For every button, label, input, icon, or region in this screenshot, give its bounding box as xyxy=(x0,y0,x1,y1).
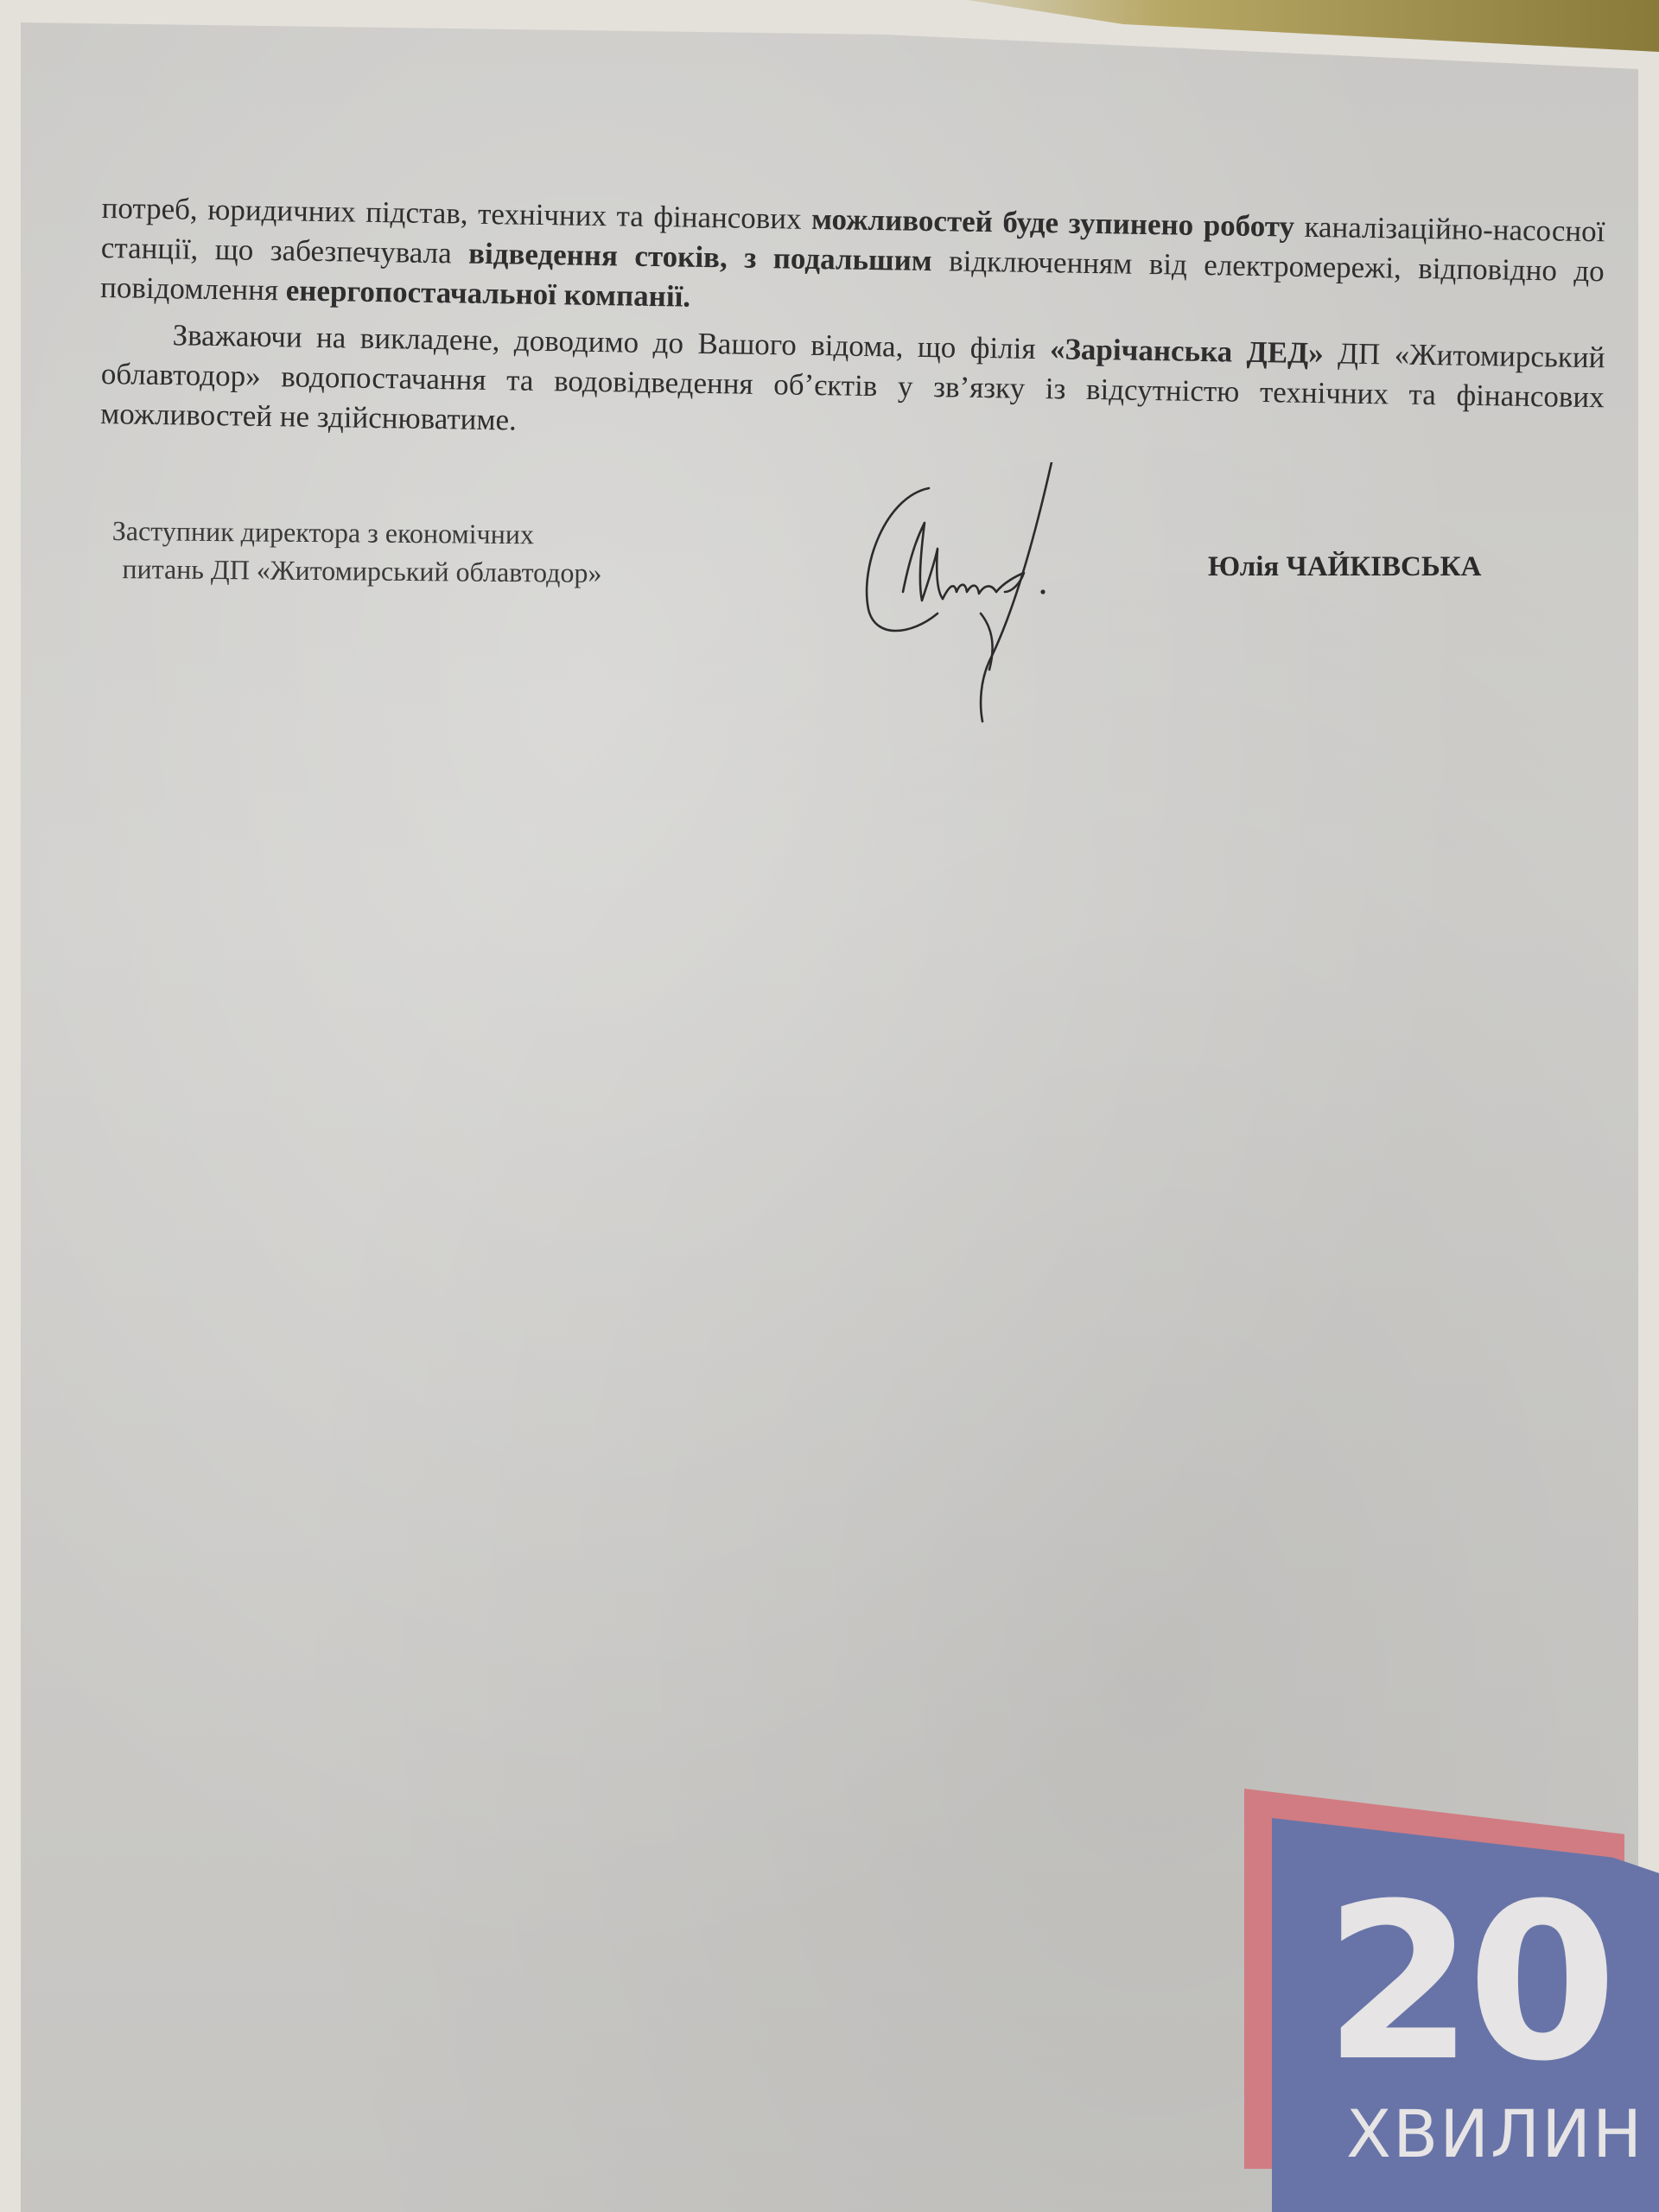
body-paragraph-1: потреб, юридичних підстав, технічних та … xyxy=(100,188,1605,331)
signatory-title-line-2: питань ДП «Житомирський облавтодор» xyxy=(111,550,601,592)
text-run: можливостей буде зупинено роботу xyxy=(811,202,1295,244)
text-run: відведення стоків, з подальшим xyxy=(468,237,932,277)
text-run: енергопостачальної компанії. xyxy=(285,273,690,313)
signatory-title: Заступник директора з економічних питань… xyxy=(111,512,602,592)
text-run: «Зарічанська ДЕД» xyxy=(1050,332,1324,370)
signatory-title-line-1: Заступник директора з економічних xyxy=(112,512,602,554)
handwritten-signature xyxy=(851,462,1162,730)
text-run: потреб, юридичних підстав, технічних та … xyxy=(101,191,811,236)
logo-number: 20 xyxy=(1324,1875,1611,2091)
watermark-logo: 20 ХВИЛИН xyxy=(1244,1771,1659,2212)
logo-word: ХВИЛИН xyxy=(1346,2100,1643,2169)
body-paragraph-2: Зважаючи на викладене, доводимо до Вашог… xyxy=(100,315,1605,457)
signatory-name: Юлія ЧАЙКІВСЬКА xyxy=(1208,551,1481,583)
